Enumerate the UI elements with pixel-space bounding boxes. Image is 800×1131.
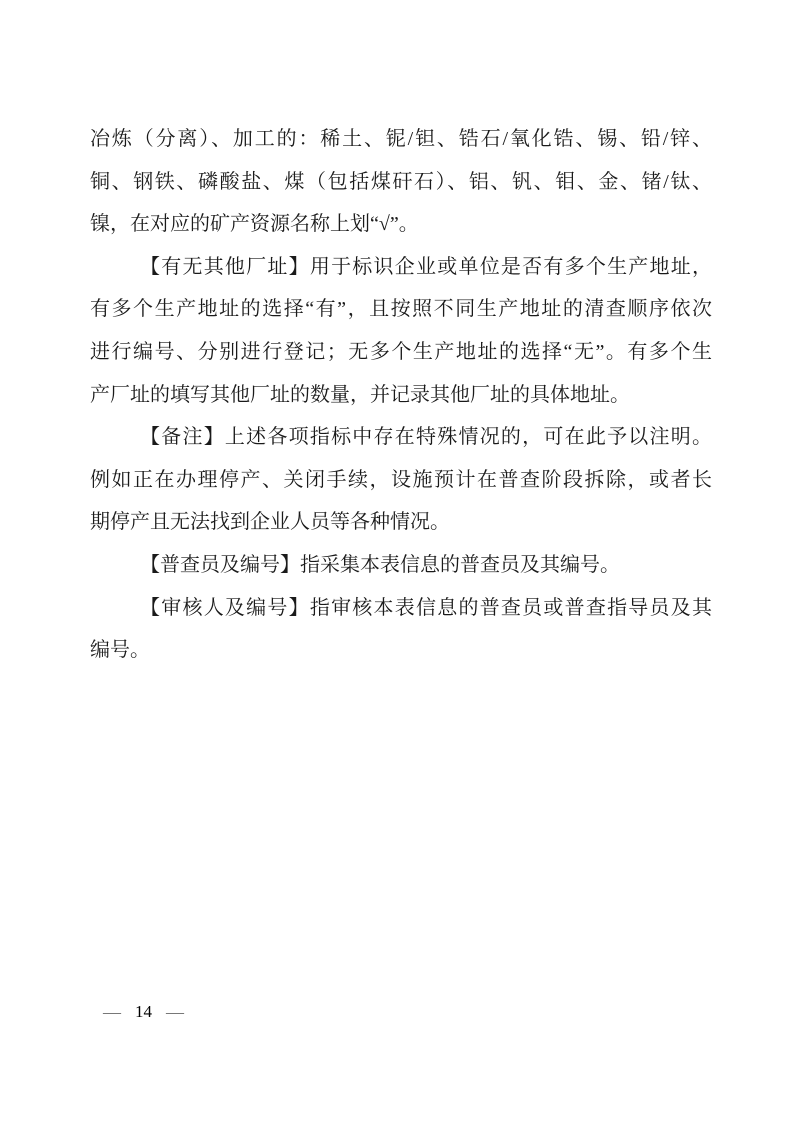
paragraph: 【普查员及编号】指采集本表信息的普查员及其编号。 [90,544,712,587]
paragraph: 【备注】上述各项指标中存在特殊情况的，可在此予以注明。 例如正在办理停产、关闭手… [90,416,712,544]
document-page: 冶炼（分离）、加工的：稀土、铌/钽、锆石/氧化锆、锡、铅/锌、 铜、钢铁、磷酸盐… [0,0,800,1131]
footer-dash-right: — [166,1001,184,1023]
paragraph: 【审核人及编号】指审核本表信息的普查员或普查指导员及其 编号。 [90,587,712,672]
text-line: 冶炼（分离）、加工的：稀土、铌/钽、锆石/氧化锆、锡、铅/锌、 [90,118,712,161]
text-line: 产厂址的填写其他厂址的数量，并记录其他厂址的具体地址。 [90,374,712,417]
text-line: 铜、钢铁、磷酸盐、煤（包括煤矸石）、铝、钒、钼、金、锗/钛、 [90,161,712,204]
page-footer: — 14 — [103,1001,184,1023]
text-line: 【普查员及编号】指采集本表信息的普查员及其编号。 [90,544,712,587]
text-line: 编号。 [90,629,712,672]
paragraph: 冶炼（分离）、加工的：稀土、铌/钽、锆石/氧化锆、锡、铅/锌、 铜、钢铁、磷酸盐… [90,118,712,246]
text-block: 冶炼（分离）、加工的：稀土、铌/钽、锆石/氧化锆、锡、铅/锌、 铜、钢铁、磷酸盐… [90,118,712,672]
text-line: 【有无其他厂址】用于标识企业或单位是否有多个生产地址， [90,246,712,289]
text-line: 进行编号、分别进行登记；无多个生产地址的选择“无”。有多个生 [90,331,712,374]
text-line: 期停产且无法找到企业人员等各种情况。 [90,501,712,544]
text-line: 镍，在对应的矿产资源名称上划“√”。 [90,203,712,246]
text-line: 【备注】上述各项指标中存在特殊情况的，可在此予以注明。 [90,416,712,459]
text-line: 【审核人及编号】指审核本表信息的普查员或普查指导员及其 [90,587,712,630]
paragraph: 【有无其他厂址】用于标识企业或单位是否有多个生产地址， 有多个生产地址的选择“有… [90,246,712,416]
footer-dash-left: — [103,1001,121,1023]
text-line: 例如正在办理停产、关闭手续，设施预计在普查阶段拆除，或者长 [90,459,712,502]
page-number: 14 [135,1001,152,1023]
text-line: 有多个生产地址的选择“有”，且按照不同生产地址的清查顺序依次 [90,288,712,331]
